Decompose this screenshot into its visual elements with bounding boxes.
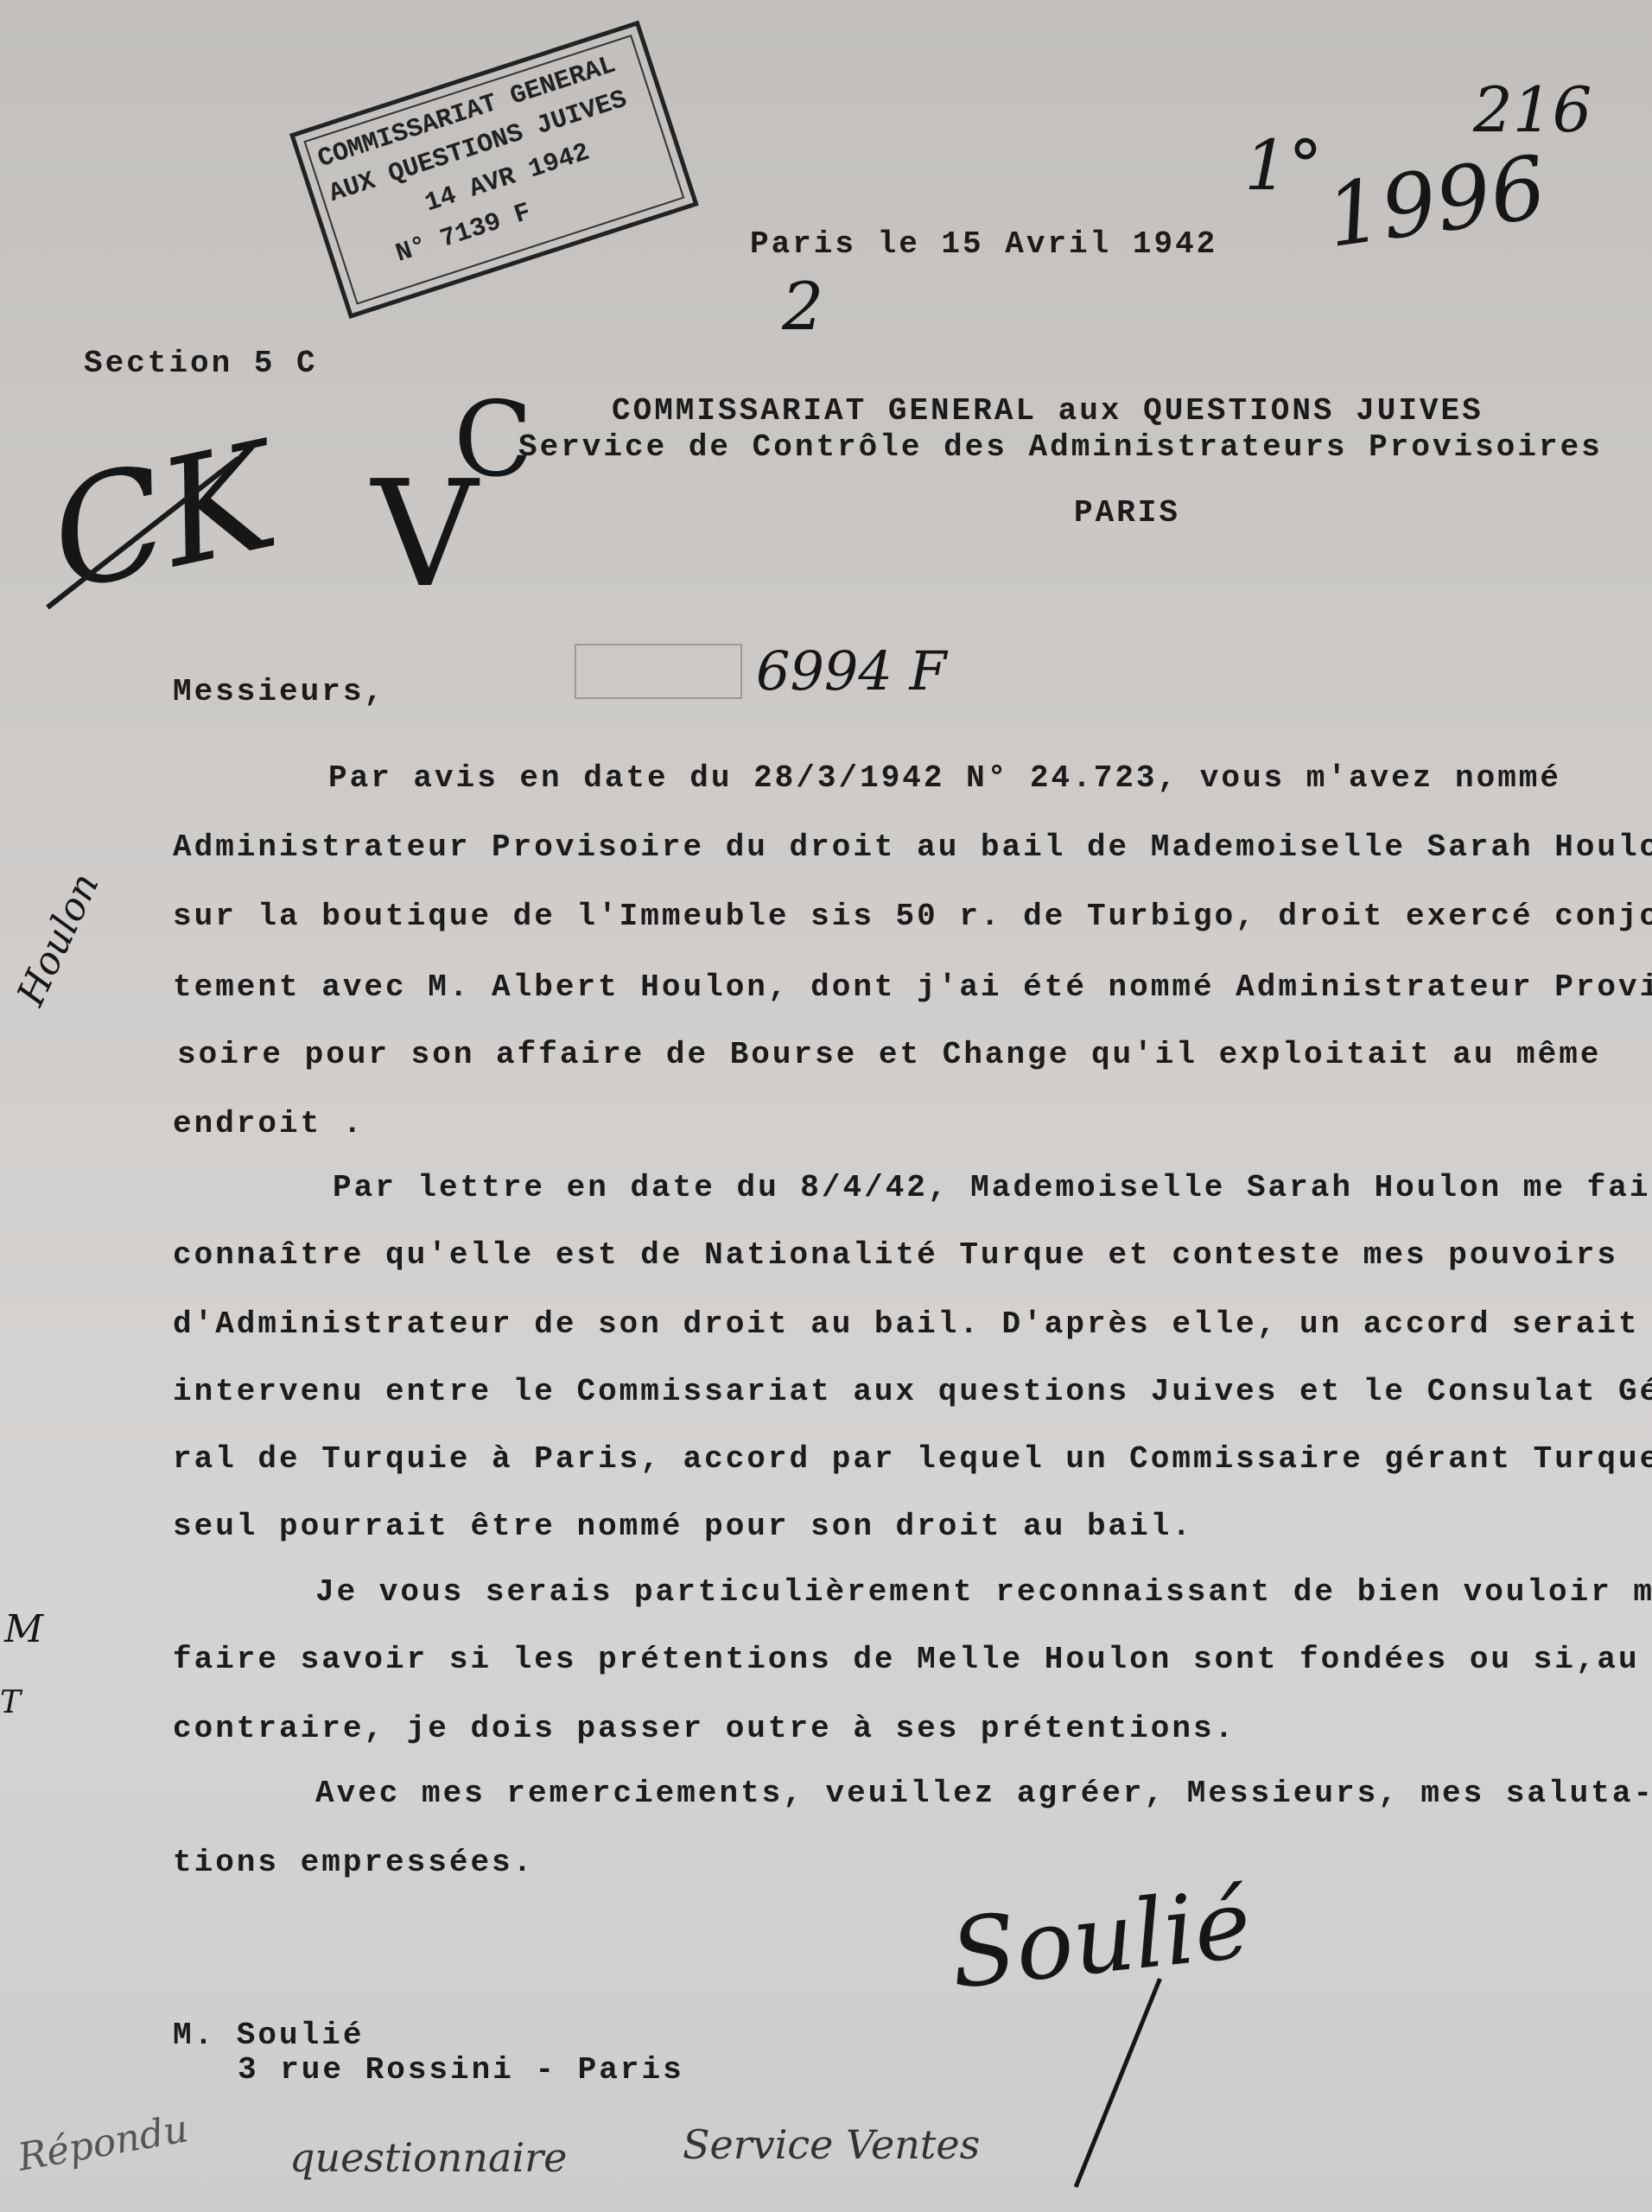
footer-note-right: Service Ventes xyxy=(683,2121,980,2168)
signature: Soulié xyxy=(945,1868,1255,2010)
handwritten-mark-1: 1° xyxy=(1244,125,1323,206)
body-line: d'Administrateur de son droit au bail. D… xyxy=(173,1306,1640,1342)
body-line: faire savoir si les prétentions de Melle… xyxy=(173,1642,1640,1677)
body-line: contraire, je dois passer outre à ses pr… xyxy=(173,1711,1236,1746)
body-line: endroit . xyxy=(173,1106,364,1141)
body-line: tions empressées. xyxy=(173,1845,534,1880)
signature-tail xyxy=(1074,1978,1162,2188)
received-stamp: COMMISSARIAT GENERAL AUX QUESTIONS JUIVE… xyxy=(289,21,699,319)
scanned-letter-page: COMMISSARIAT GENERAL AUX QUESTIONS JUIVE… xyxy=(0,0,1652,2212)
section-label: Section 5 C xyxy=(84,346,318,381)
handwritten-check: 2 xyxy=(782,268,823,345)
sender-name: M. Soulié xyxy=(173,2018,364,2053)
body-line: intervenu entre le Commissariat aux ques… xyxy=(173,1374,1652,1409)
body-line: soire pour son affaire de Bourse et Chan… xyxy=(177,1037,1601,1072)
margin-note-name: Houlon xyxy=(9,867,108,1012)
sender-address: 3 rue Rossini - Paris xyxy=(238,2052,684,2088)
body-line: seul pourrait être nommé pour son droit … xyxy=(173,1509,1193,1544)
handwritten-ref-216: 216 xyxy=(1473,73,1592,146)
recipient-line2: Service de Contrôle des Administrateurs … xyxy=(518,429,1603,465)
faint-reference-box xyxy=(575,644,742,699)
margin-note-t: T xyxy=(0,1685,21,1720)
body-line: tement avec M. Albert Houlon, dont j'ai … xyxy=(173,969,1652,1005)
handwritten-number-1996: 1996 xyxy=(1320,137,1552,267)
body-line: Par lettre en date du 8/4/42, Mademoisel… xyxy=(333,1170,1652,1205)
body-line: Par avis en date du 28/3/1942 N° 24.723,… xyxy=(328,760,1561,796)
footer-note-middle: questionnaire xyxy=(289,2134,567,2181)
footer-note-left: Répondu xyxy=(15,2107,192,2180)
body-line: Je vous serais particulièrement reconnai… xyxy=(315,1574,1652,1610)
body-line: sur la boutique de l'Immeuble sis 50 r. … xyxy=(173,899,1652,934)
body-line: Avec mes remerciements, veuillez agréer,… xyxy=(315,1776,1652,1811)
salutation: Messieurs, xyxy=(173,674,385,709)
date-line: Paris le 15 Avril 1942 xyxy=(750,226,1217,262)
margin-note-m: M xyxy=(4,1607,43,1651)
handwritten-ref-6994: 6994 F xyxy=(756,639,947,702)
recipient-line1: COMMISSARIAT GENERAL aux QUESTIONS JUIVE… xyxy=(612,393,1484,429)
recipient-line3: PARIS xyxy=(1074,495,1180,531)
body-line: Administrateur Provisoire du droit au ba… xyxy=(173,829,1652,865)
body-line: connaître qu'elle est de Nationalité Tur… xyxy=(173,1237,1618,1273)
body-line: ral de Turquie à Paris, accord par leque… xyxy=(173,1441,1652,1477)
